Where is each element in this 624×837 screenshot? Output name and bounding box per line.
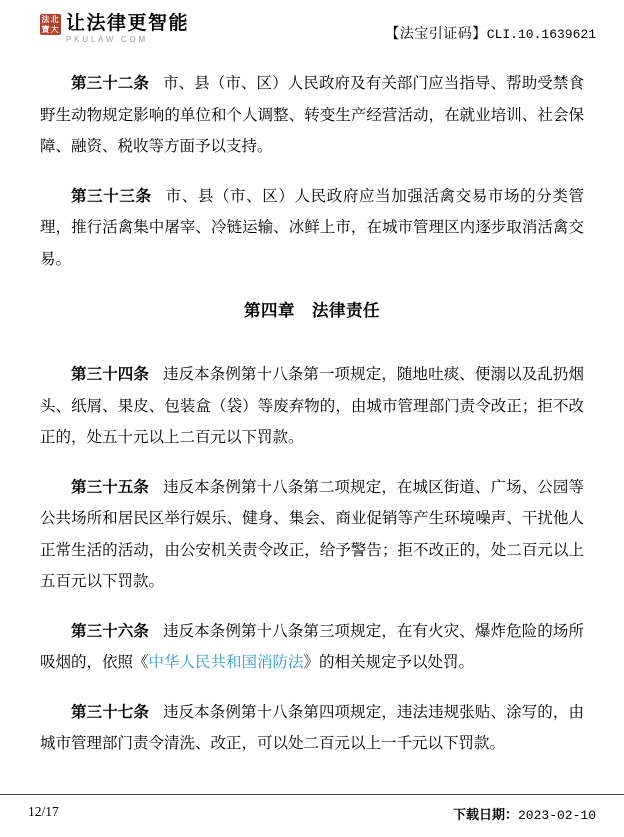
seal-row-1: 法北 <box>40 15 61 25</box>
seal-row-2: 寶大 <box>40 25 61 35</box>
citation-code: 【法宝引证码】CLI.10.1639621 <box>385 23 596 43</box>
paragraph-article-37: 第三十七条违反本条例第十八条第四项规定，违法违规张贴、涂写的，由城市管理部门责令… <box>40 697 584 760</box>
download-date: 下载日期：2023-02-10 <box>453 804 596 823</box>
article-36-text-after-link: 》的相关规定予以处罚。 <box>304 654 475 671</box>
document-content: 第三十二条市、县（市、区）人民政府及有关部门应当指导、帮助受禁食野生动物规定影响… <box>0 44 624 760</box>
page-indicator: 12/17 <box>28 804 59 820</box>
paragraph-article-35: 第三十五条违反本条例第十八条第二项规定，在城区街道、广场、公园等公共场所和居民区… <box>40 472 584 598</box>
article-35-number: 第三十五条 <box>71 479 149 496</box>
fire-protection-law-link[interactable]: 中华人民共和国消防法 <box>149 654 304 671</box>
page-header: 法北 寶大 让法律更智能 PKULAW.COM 【法宝引证码】CLI.10.16… <box>0 0 624 44</box>
document-page: 法北 寶大 让法律更智能 PKULAW.COM 【法宝引证码】CLI.10.16… <box>0 0 624 837</box>
logo-text: 让法律更智能 PKULAW.COM <box>66 14 189 44</box>
article-33-number: 第三十三条 <box>71 188 152 205</box>
article-34-number: 第三十四条 <box>71 366 149 383</box>
paragraph-article-36: 第三十六条违反本条例第十八条第三项规定，在有火灾、爆炸危险的场所吸烟的，依照《中… <box>40 616 584 679</box>
chapter-heading: 第四章 法律责任 <box>40 297 584 321</box>
citation-label: 【法宝引证码】 <box>385 27 487 42</box>
pkulaw-logo: 法北 寶大 让法律更智能 PKULAW.COM <box>40 14 189 44</box>
article-32-number: 第三十二条 <box>71 75 149 92</box>
logo-slogan: 让法律更智能 <box>66 14 189 34</box>
paragraph-article-34: 第三十四条违反本条例第十八条第一项规定，随地吐痰、便溺以及乱扔烟头、纸屑、果皮、… <box>40 359 584 454</box>
download-date-value: 2023-02-10 <box>518 808 596 823</box>
article-36-number: 第三十六条 <box>71 623 149 640</box>
download-date-label: 下载日期： <box>453 807 518 822</box>
paragraph-article-33: 第三十三条市、县（市、区）人民政府应当加强活禽交易市场的分类管理，推行活禽集中屠… <box>40 181 584 276</box>
paragraph-article-32: 第三十二条市、县（市、区）人民政府及有关部门应当指导、帮助受禁食野生动物规定影响… <box>40 68 584 163</box>
page-footer: 12/17 下载日期：2023-02-10 <box>0 794 624 837</box>
article-37-number: 第三十七条 <box>71 704 149 721</box>
pkulaw-seal-icon: 法北 寶大 <box>40 14 61 35</box>
citation-number: CLI.10.1639621 <box>487 27 596 42</box>
logo-domain: PKULAW.COM <box>66 35 189 44</box>
